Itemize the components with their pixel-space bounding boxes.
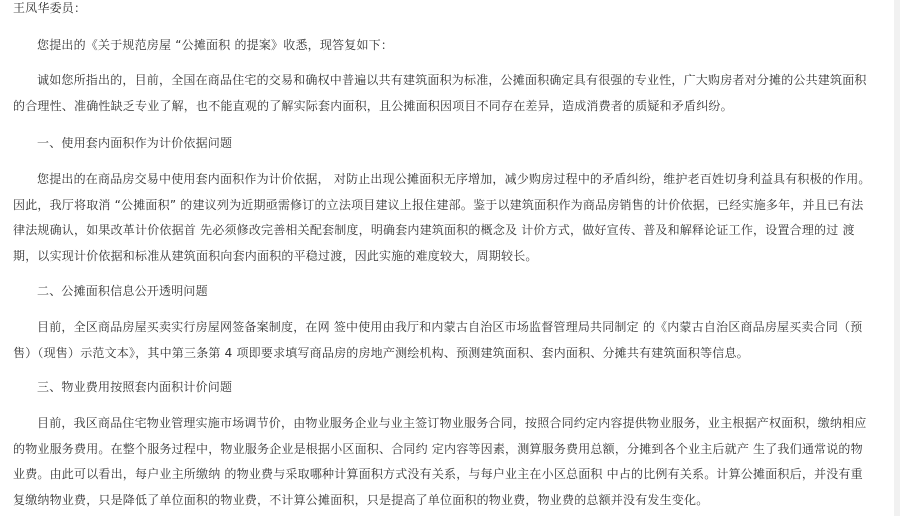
section-body-2: 目前，全区商品房屋买卖实行房屋网签备案制度，在网 签中使用由我厅和内蒙古自治区市…	[13, 315, 875, 366]
intro-paragraph: 您提出的《关于规范房屋 “公摊面积 的提案》收悉，现答复如下：	[13, 33, 875, 59]
salutation: 王凤华委员：	[13, 0, 875, 22]
vertical-scrollbar[interactable]	[894, 0, 900, 516]
section-heading-2: 二、公摊面积信息公开透明问题	[13, 279, 875, 305]
section-body-3: 目前，我区商品住宅物业管理实施市场调节价，由物业服务企业与业主签订物业服务合同，…	[13, 411, 875, 513]
preamble-paragraph: 诚如您所指出的，目前，全国在商品住宅的交易和确权中普遍以共有建筑面积为标准，公摊…	[13, 68, 875, 119]
section-body-1: 您提出的在商品房交易中使用套内面积作为计价依据， 对防止出现公摊面积无序增加，减…	[13, 167, 875, 269]
section-heading-3: 三、物业费用按照套内面积计价问题	[13, 375, 875, 401]
section-heading-1: 一、使用套内面积作为计价依据问题	[13, 131, 875, 157]
